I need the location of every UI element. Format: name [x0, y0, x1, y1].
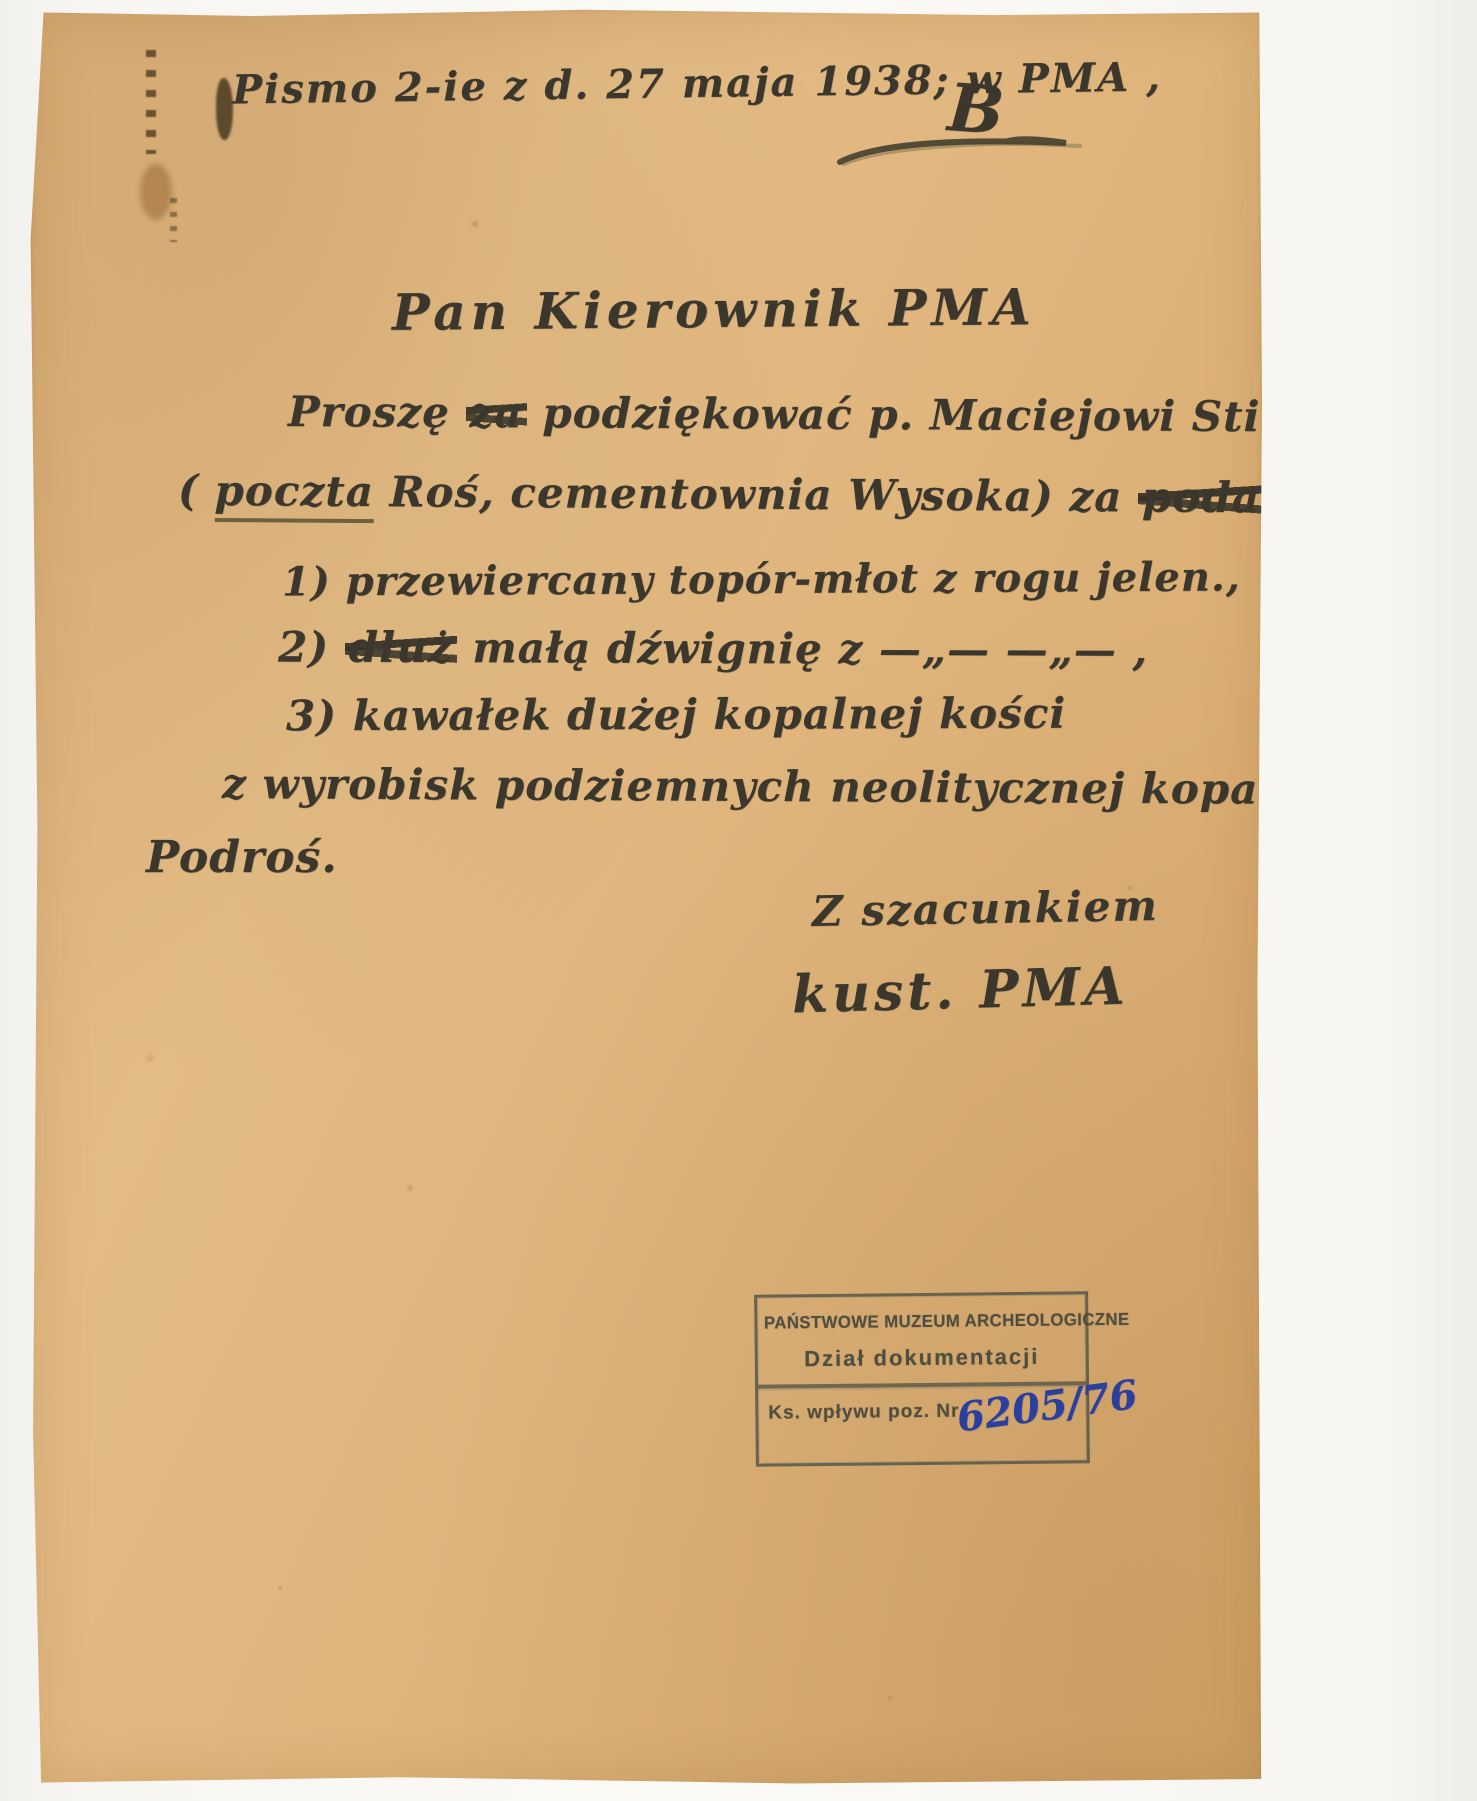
body-line-1-pre: Proszę [288, 387, 466, 437]
body-line-2: ( poczta Roś, cementownia Wysoka) za pod… [178, 466, 1404, 524]
valediction-text: Z szacunkiem [812, 881, 1160, 936]
body-line-4-text: Podroś. [146, 832, 338, 883]
struck-word: poda [1138, 472, 1264, 522]
margin-ink-dashes-top [146, 50, 156, 154]
salutation-text: Pan Kierownik PMA [392, 277, 1036, 342]
dateline: Pismo 2-ie z d. 27 maja 1938; w PMA , [232, 54, 1163, 114]
signature-text: kust. PMA [791, 956, 1129, 1026]
body-line-3: z wyrobisk podziemnych neolitycznej kopa… [222, 759, 1324, 814]
scanned-document: Pismo 2-ie z d. 27 maja 1938; w PMA , B … [0, 0, 1477, 1801]
signature: kust. PMA [791, 956, 1129, 1026]
list-item-2: 2) dłuż małą dźwignię z —„— —„— , [278, 622, 1148, 674]
valediction: Z szacunkiem [812, 881, 1160, 936]
body-line-3-text: z wyrobisk podziemnych neolitycznej kopa… [222, 759, 1324, 814]
list-item-3-text: kawałek dużej kopalnej kości [353, 689, 1067, 740]
stamp-institution: PAŃSTWOWE MUZEUM ARCHEOLOGICZNE [764, 1309, 1079, 1333]
body-line-2-open: ( [178, 466, 215, 515]
body-line-1: Proszę za podziękować p. Maciejowi Stiec… [288, 387, 1433, 442]
body-line-4: Podroś. [146, 832, 338, 883]
body-line-2-mid: Roś, cementownia Wysoka) za [389, 467, 1138, 521]
struck-word: dłuż [345, 623, 457, 672]
underlined-word: poczta [214, 466, 374, 523]
margin-ink-dashes-lower [170, 198, 177, 242]
museum-stamp: PAŃSTWOWE MUZEUM ARCHEOLOGICZNE Dział do… [754, 1291, 1090, 1466]
margin-stain [140, 164, 172, 220]
stamp-department: Dział dokumentacji [758, 1343, 1086, 1372]
list-item-3: 3) kawałek dużej kopalnej kości [286, 689, 1066, 741]
paper-sheet: Pismo 2-ie z d. 27 maja 1938; w PMA , B … [30, 8, 1263, 1787]
list-item-2-number: 2) [278, 622, 345, 671]
salutation: Pan Kierownik PMA [392, 277, 1036, 342]
list-item-2-text: małą dźwignię z —„— —„— , [472, 623, 1148, 674]
monogram-flourish-icon [830, 130, 1090, 176]
list-item-3-number: 3) [286, 691, 353, 740]
struck-word: za [465, 388, 526, 437]
body-line-1-post: podziękować p. Maciejowi Stiecenko [542, 388, 1433, 442]
list-item-1-number: 1) [282, 558, 346, 605]
dateline-text: Pismo 2-ie z d. 27 maja 1938; w PMA , [232, 54, 1163, 114]
margin-ink-blob [216, 78, 233, 140]
body-line-2-end: dary: [1279, 473, 1403, 523]
list-item-1-text: przewiercany topór-młot z rogu jelen., [346, 553, 1241, 605]
list-item-1: 1) przewiercany topór-młot z rogu jelen.… [282, 553, 1241, 605]
